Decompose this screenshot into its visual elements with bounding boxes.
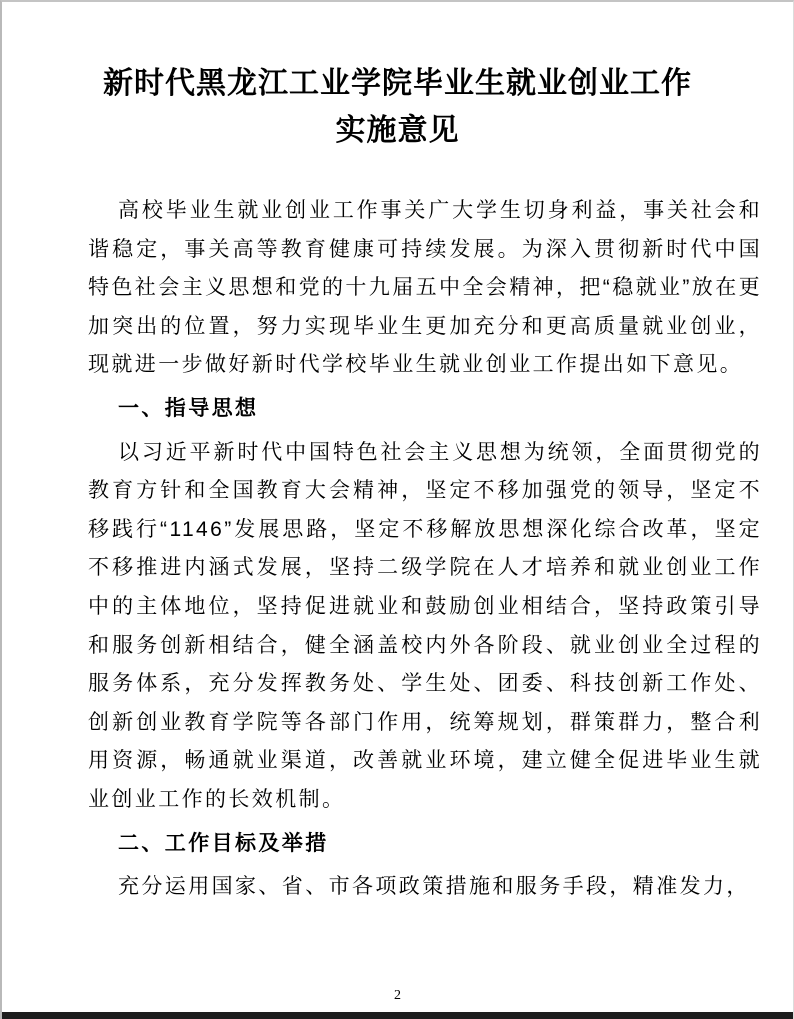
intro-paragraph: 高校毕业生就业创业工作事关广大学生切身利益，事关社会和谐稳定，事关高等教育健康可… — [88, 192, 762, 385]
document-page: 新时代黑龙江工业学院毕业生就业创业工作 实施意见 高校毕业生就业创业工作事关广大… — [0, 0, 794, 1019]
section-2-paragraph: 充分运用国家、省、市各项政策措施和服务手段，精准发力， — [88, 868, 762, 907]
title-line-1: 新时代黑龙江工业学院毕业生就业创业工作 — [2, 60, 793, 107]
document-body: 高校毕业生就业创业工作事关广大学生切身利益，事关社会和谐稳定，事关高等教育健康可… — [2, 192, 793, 907]
section-2-heading: 二、工作目标及举措 — [88, 825, 762, 864]
section-1-heading: 一、指导思想 — [88, 390, 762, 429]
page-number: 2 — [2, 988, 793, 1004]
title-line-2: 实施意见 — [2, 107, 793, 154]
document-title: 新时代黑龙江工业学院毕业生就业创业工作 实施意见 — [2, 60, 793, 154]
page-bottom-edge — [2, 1012, 793, 1019]
section-1-paragraph: 以习近平新时代中国特色社会主义思想为统领，全面贯彻党的教育方针和全国教育大会精神… — [88, 434, 762, 820]
